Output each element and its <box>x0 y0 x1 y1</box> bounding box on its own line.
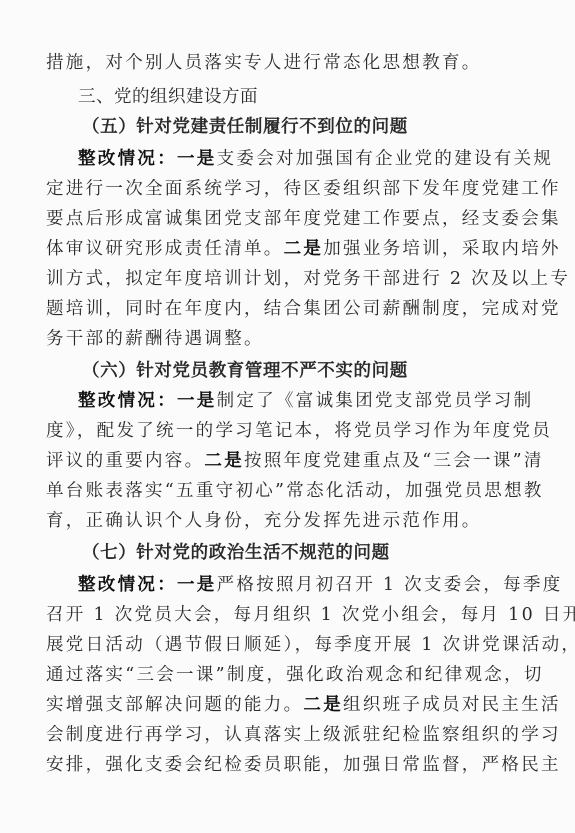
body-line: 育，正确认识个人身份，充分发挥先进示范作用。 <box>46 510 466 532</box>
body-line: 务干部的薪酬待遇调整。 <box>46 328 466 350</box>
label: 整改情况： <box>78 149 177 169</box>
text: 加强业务培训，采取内培外 <box>323 239 561 259</box>
lead: 一是 <box>177 391 217 411</box>
label: 整改情况： <box>78 575 177 595</box>
label: 整改情况： <box>78 391 177 411</box>
body-line: 体审议研究形成责任清单。二是加强业务培训，采取内培外 <box>46 238 466 260</box>
body-line: 训方式，拟定年度培训计划，对党务干部进行 2 次及以上专 <box>46 268 466 290</box>
paragraph-start: 整改情况：一是支委会对加强国有企业党的建设有关规 <box>78 148 498 170</box>
section-heading: 三、党的组织建设方面 <box>78 86 498 108</box>
body-line: 度》，配发了统一的学习笔记本，将党员学习作为年度党员 <box>46 420 466 442</box>
body-line: 通过落实“三会一课”制度，强化政治观念和纪律观念，切 <box>46 664 466 686</box>
lead: 一是 <box>177 149 217 169</box>
body-line: 措施，对个别人员落实专人进行常态化思想教育。 <box>46 52 466 74</box>
text: 体审议研究形成责任清单。 <box>46 239 284 259</box>
paragraph-start: 整改情况：一是严格按照月初召开 1 次支委会，每季度 <box>78 574 498 596</box>
subsection-heading: （六）针对党员教育管理不严不实的问题 <box>82 360 502 382</box>
document-page: 措施，对个别人员落实专人进行常态化思想教育。 三、党的组织建设方面 （五）针对党… <box>0 0 575 833</box>
text: 按照年度党建重点及“三会一课”清 <box>244 451 544 471</box>
text: 评议的重要内容。 <box>46 451 204 471</box>
body-line: 安排，强化支委会纪检委员职能，加强日常监督，严格民主 <box>46 754 466 776</box>
lead: 二是 <box>204 451 244 471</box>
body-line: 实增强支部解决问题的能力。二是组织班子成员对民主生活 <box>46 694 466 716</box>
text: 组织班子成员对民主生活 <box>343 695 561 715</box>
body-line: 要点后形成富诚集团党支部年度党建工作要点，经支委会集 <box>46 208 466 230</box>
paragraph-start: 整改情况：一是制定了《富诚集团党支部党员学习制 <box>78 390 498 412</box>
lead: 一是 <box>177 575 217 595</box>
body-line: 召开 1 次党员大会，每月组织 1 次党小组会，每月 10 日开 <box>46 604 466 626</box>
lead: 二是 <box>284 239 324 259</box>
subsection-heading: （七）针对党的政治生活不规范的问题 <box>82 542 502 564</box>
subsection-heading: （五）针对党建责任制履行不到位的问题 <box>82 116 502 138</box>
body-line: 题培训，同时在年度内，结合集团公司薪酬制度，完成对党 <box>46 298 466 320</box>
body-line: 展党日活动（遇节假日顺延），每季度开展 1 次讲党课活动， <box>46 634 466 656</box>
body-line: 会制度进行再学习，认真落实上级派驻纪检监察组织的学习 <box>46 724 466 746</box>
body-line: 评议的重要内容。二是按照年度党建重点及“三会一课”清 <box>46 450 466 472</box>
body-line: 单台账表落实“五重守初心”常态化活动，加强党员思想教 <box>46 480 466 502</box>
lead: 二是 <box>303 695 343 715</box>
text: 支委会对加强国有企业党的建设有关规 <box>217 149 554 169</box>
text: 严格按照月初召开 1 次支委会，每季度 <box>217 575 563 595</box>
body-line: 定进行一次全面系统学习，待区委组织部下发年度党建工作 <box>46 178 466 200</box>
text: 制定了《富诚集团党支部党员学习制 <box>217 391 534 411</box>
text: 实增强支部解决问题的能力。 <box>46 695 303 715</box>
